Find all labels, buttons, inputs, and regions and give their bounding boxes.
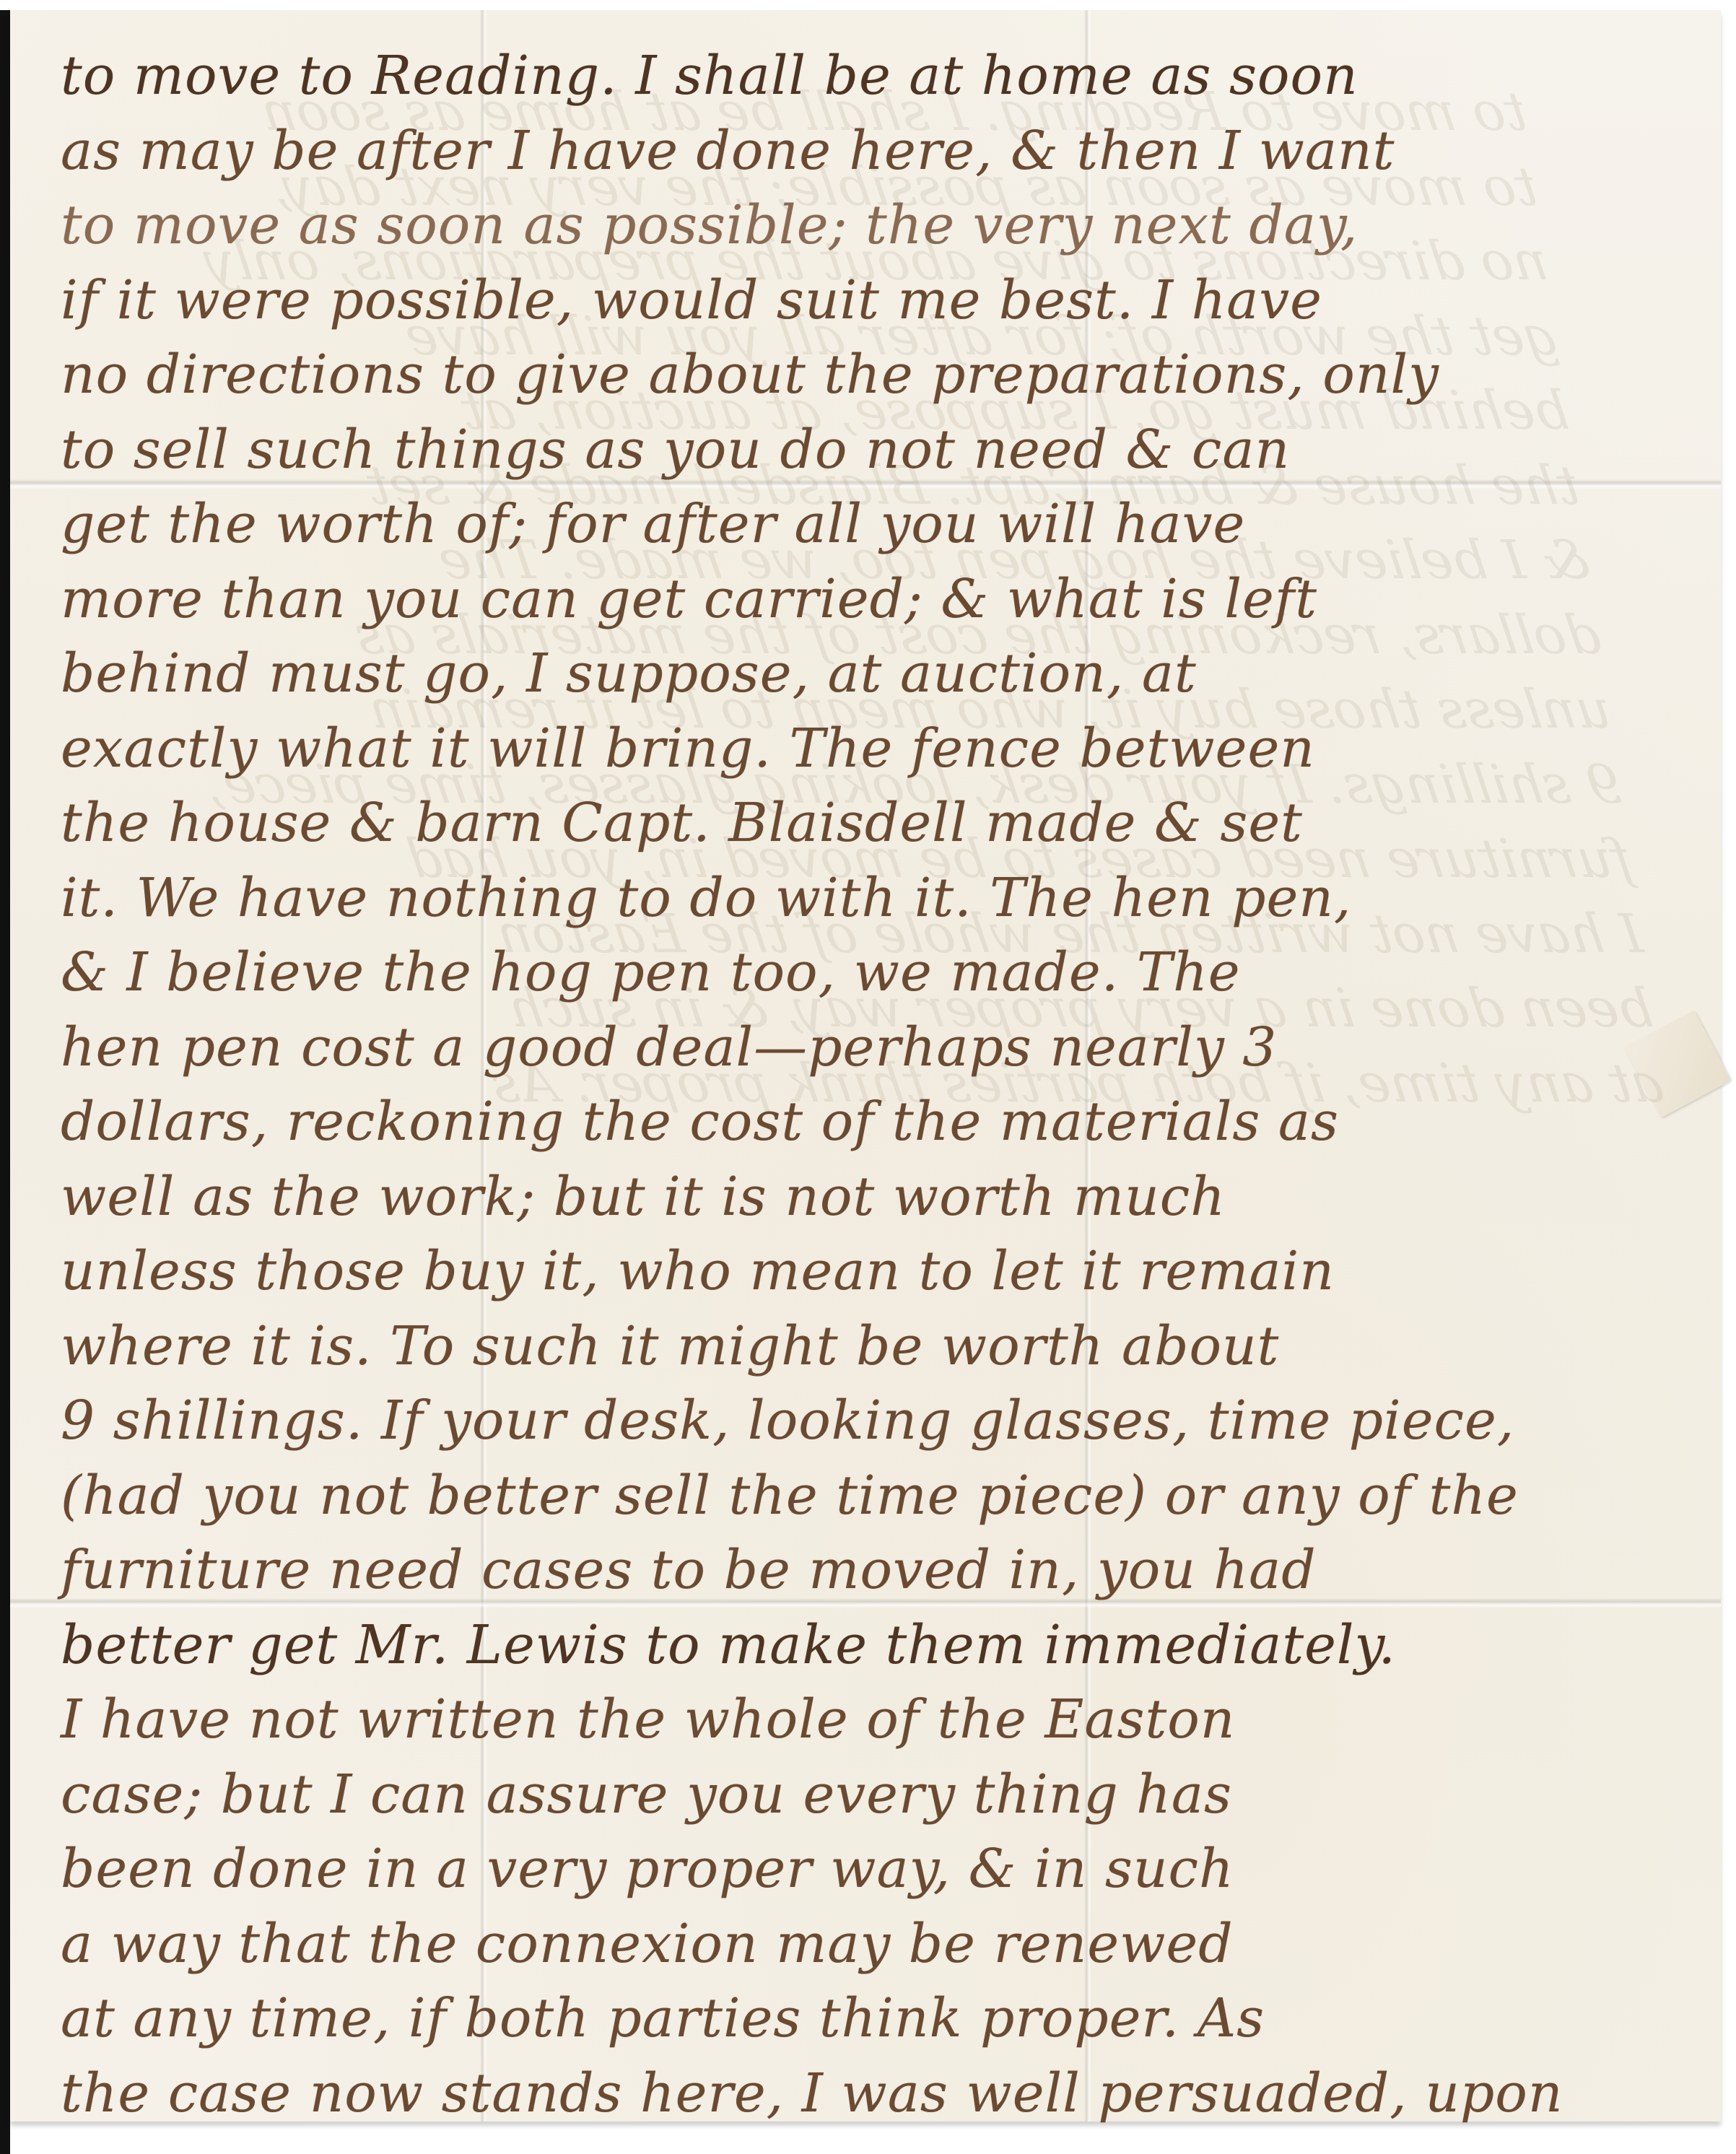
- text-line: the case now stands here, I was well per…: [61, 2057, 1692, 2132]
- text-line: hen pen cost a good deal—perhaps nearly …: [61, 1011, 1692, 1086]
- text-line: better get Mr. Lewis to make them immedi…: [61, 1608, 1692, 1683]
- text-line: if it were possible, would suit me best.…: [61, 263, 1692, 339]
- text-line: it. We have nothing to do with it. The h…: [61, 861, 1692, 936]
- text-line: exactly what it will bring. The fence be…: [61, 712, 1692, 787]
- letter-page: to move to Reading. I shall be at home a…: [10, 10, 1721, 2122]
- text-line: more than you can get carried; & what is…: [61, 562, 1692, 637]
- text-line: dollars, reckoning the cost of the mater…: [61, 1085, 1692, 1160]
- text-line: furniture need cases to be moved in, you…: [61, 1533, 1692, 1608]
- text-line: behind must go, I suppose, at auction, a…: [61, 637, 1692, 712]
- scan-border-left: [0, 0, 10, 2154]
- text-line: been done in a very proper way, & in suc…: [61, 1832, 1692, 1907]
- scan-border-top: [0, 0, 1736, 10]
- text-line: unless those buy it, who mean to let it …: [61, 1234, 1692, 1309]
- text-line: get the worth of; for after all you will…: [61, 487, 1692, 562]
- text-line: no directions to give about the preparat…: [61, 338, 1692, 413]
- text-line: the house & barn Capt. Blaisdell made & …: [61, 786, 1692, 861]
- text-line: to sell such things as you do not need &…: [61, 413, 1692, 488]
- text-line: (had you not better sell the time piece)…: [61, 1459, 1692, 1534]
- text-line: 9 shillings. If your desk, looking glass…: [61, 1384, 1692, 1459]
- letter-text: to move to Reading. I shall be at home a…: [61, 39, 1692, 2131]
- text-line: well as the work; but it is not worth mu…: [61, 1160, 1692, 1235]
- text-line: as may be after I have done here, & then…: [61, 114, 1692, 189]
- text-line: a way that the connexion may be renewed: [61, 1907, 1692, 1982]
- text-line: at any time, if both parties think prope…: [61, 1981, 1692, 2057]
- text-line: where it is. To such it might be worth a…: [61, 1309, 1692, 1385]
- text-line: to move as soon as possible; the very ne…: [61, 188, 1692, 263]
- text-line: I have not written the whole of the East…: [61, 1683, 1692, 1758]
- text-line: & I believe the hog pen too, we made. Th…: [61, 936, 1692, 1011]
- text-line: case; but I can assure you every thing h…: [61, 1758, 1692, 1833]
- text-line: to move to Reading. I shall be at home a…: [61, 39, 1692, 114]
